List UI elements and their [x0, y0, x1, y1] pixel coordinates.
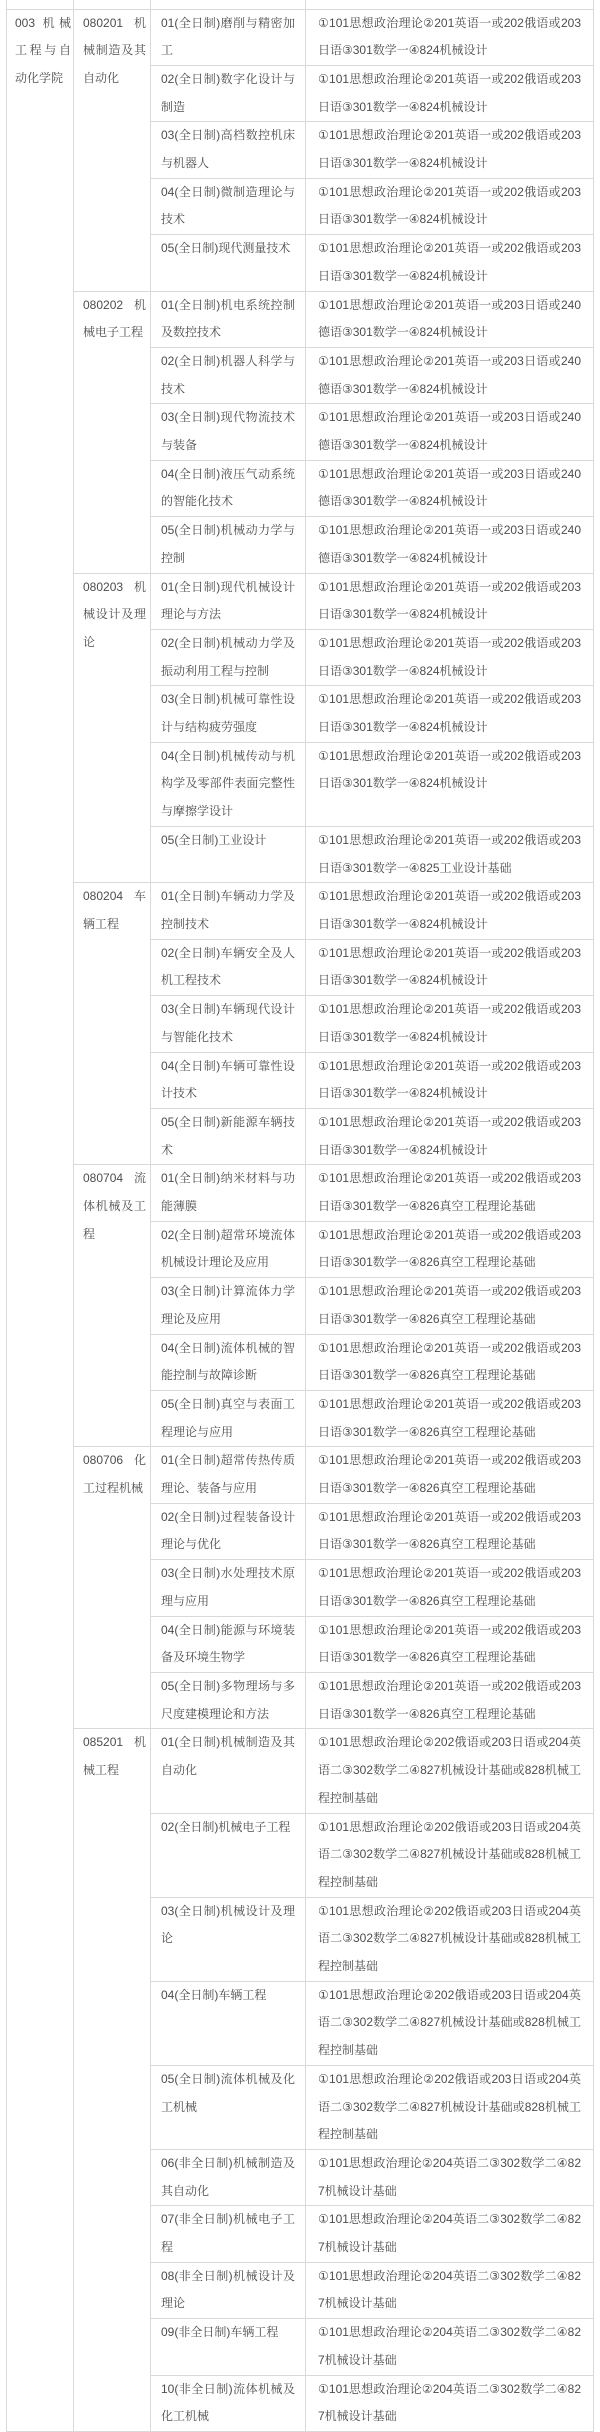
subjects-cell: ①101思想政治理论②201英语一或202俄语或203日语③301数学一④826…: [306, 1390, 594, 1446]
major-cell: 080204 车辆工程: [74, 883, 151, 1165]
subjects-cell: ①101思想政治理论②201英语一或202俄语或203日语③301数学一④826…: [306, 1278, 594, 1334]
table-row: 080706 化工过程机械01(全日制)超常传热传质理论、装备与应用①101思想…: [7, 1447, 594, 1503]
subjects-cell: ①101思想政治理论②201英语一或202俄语或203日语③301数学一④826…: [306, 1221, 594, 1277]
direction-cell: 02(全日制)车辆安全及人机工程技术: [151, 939, 306, 995]
subjects-cell: ①101思想政治理论②201英语一或203日语或240德语③301数学一④824…: [306, 347, 594, 403]
subjects-cell: ①101思想政治理论②201英语一或202俄语或203日语③301数学一④826…: [306, 1560, 594, 1616]
admissions-table-body: 003 机械工程与自动化学院080201 机械制造及其自动化01(全日制)磨削与…: [7, 0, 594, 2431]
subjects-cell: ①101思想政治理论②204英语二③302数学二④827机械设计基础: [306, 2149, 594, 2205]
subjects-cell: ①101思想政治理论②201英语一或202俄语或203日语③301数学一④826…: [306, 1165, 594, 1221]
direction-cell: 04(全日制)车辆可靠性设计技术: [151, 1052, 306, 1108]
subjects-cell: ①101思想政治理论②201英语一或202俄语或203日语③301数学一④824…: [306, 629, 594, 685]
direction-cell: 03(全日制)机械设计及理论: [151, 1897, 306, 1981]
direction-cell: 05(全日制)机械动力学与控制: [151, 517, 306, 573]
table-row: 085201 机械工程01(全日制)机械制造及其自动化①101思想政治理论②20…: [7, 1729, 594, 1813]
major-cell: 080704 流体机械及工程: [74, 1165, 151, 1447]
direction-cell: 01(全日制)现代机械设计理论与方法: [151, 573, 306, 629]
direction-cell: 02(全日制)过程装备设计理论与优化: [151, 1503, 306, 1559]
table-row: 080204 车辆工程01(全日制)车辆动力学及控制技术①101思想政治理论②2…: [7, 883, 594, 939]
major-cell: 080706 化工过程机械: [74, 1447, 151, 1729]
admissions-table: 003 机械工程与自动化学院080201 机械制造及其自动化01(全日制)磨削与…: [6, 0, 594, 2432]
subjects-cell: ①101思想政治理论②201英语一或202俄语或203日语③301数学一④826…: [306, 1672, 594, 1728]
subjects-cell: ①101思想政治理论②201英语一或202俄语或203日语③301数学一④824…: [306, 996, 594, 1052]
subjects-cell: ①101思想政治理论②201英语一或202俄语或203日语③301数学一④824…: [306, 65, 594, 121]
subjects-cell: ①101思想政治理论②201英语一或202俄语或203日语③301数学一④826…: [306, 1447, 594, 1503]
direction-cell: 01(全日制)车辆动力学及控制技术: [151, 883, 306, 939]
direction-cell: 04(全日制)微制造理论与技术: [151, 178, 306, 234]
direction-cell: 09(非全日制)车辆工程: [151, 2319, 306, 2375]
direction-cell: 05(全日制)现代测量技术: [151, 235, 306, 291]
subjects-cell: ①101思想政治理论②202俄语或203日语或204英语二③302数学二④827…: [306, 1897, 594, 1981]
direction-cell: 04(全日制)液压气动系统的智能化技术: [151, 460, 306, 516]
direction-cell: 03(全日制)计算流体力学理论及应用: [151, 1278, 306, 1334]
major-cell: 085201 机械工程: [74, 1729, 151, 2432]
direction-cell: 05(全日制)多物理场与多尺度建模理论和方法: [151, 1672, 306, 1728]
table-row: 003 机械工程与自动化学院080201 机械制造及其自动化01(全日制)磨削与…: [7, 9, 594, 65]
subjects-cell: ①101思想政治理论②201英语一或202俄语或203日语③301数学一④824…: [306, 573, 594, 629]
subjects-cell: ①101思想政治理论②201英语一或203日语或240德语③301数学一④824…: [306, 404, 594, 460]
clipped-direction-cell: [151, 0, 306, 9]
subjects-cell: ①101思想政治理论②201英语一或202俄语或203日语③301数学一④826…: [306, 1616, 594, 1672]
subjects-cell: ①101思想政治理论②202俄语或203日语或204英语二③302数学二④827…: [306, 2065, 594, 2149]
direction-cell: 04(全日制)能源与环境装备及环境生物学: [151, 1616, 306, 1672]
subjects-cell: ①101思想政治理论②201英语一或203日语或240德语③301数学一④824…: [306, 460, 594, 516]
subjects-cell: ①101思想政治理论②201英语一或202俄语或203日语③301数学一④824…: [306, 1052, 594, 1108]
direction-cell: 01(全日制)机电系统控制及数控技术: [151, 291, 306, 347]
subjects-cell: ①101思想政治理论②201英语一或202俄语或203日语③301数学一④824…: [306, 1108, 594, 1164]
subjects-cell: ①101思想政治理论②201英语一或202俄语或203日语③301数学一④824…: [306, 178, 594, 234]
subjects-cell: ①101思想政治理论②202俄语或203日语或204英语二③302数学二④827…: [306, 1729, 594, 1813]
college-cell: 003 机械工程与自动化学院: [7, 9, 74, 2431]
direction-cell: 03(全日制)机械可靠性设计与结构疲劳强度: [151, 686, 306, 742]
subjects-cell: ①101思想政治理论②204英语二③302数学二④827机械设计基础: [306, 2262, 594, 2318]
direction-cell: 01(全日制)磨削与精密加工: [151, 9, 306, 65]
subjects-cell: ①101思想政治理论②201英语一或202俄语或203日语③301数学一④825…: [306, 826, 594, 882]
subjects-cell: ①101思想政治理论②201英语一或202俄语或203日语③301数学一④824…: [306, 742, 594, 826]
subjects-cell: ①101思想政治理论②201英语一或202俄语或203日语③301数学一④824…: [306, 235, 594, 291]
subjects-cell: ①101思想政治理论②204英语二③302数学二④827机械设计基础: [306, 2206, 594, 2262]
subjects-cell: ①101思想政治理论②201英语一或202俄语或203日语③301数学一④824…: [306, 883, 594, 939]
direction-cell: 02(全日制)机器人科学与技术: [151, 347, 306, 403]
direction-cell: 05(全日制)工业设计: [151, 826, 306, 882]
clipped-subjects-cell: [306, 0, 594, 9]
major-cell: 080203 机械设计及理论: [74, 573, 151, 883]
subjects-cell: ①101思想政治理论②201英语一或202俄语或203日语③301数学一④824…: [306, 686, 594, 742]
direction-cell: 05(全日制)新能源车辆技术: [151, 1108, 306, 1164]
subjects-cell: ①101思想政治理论②204英语二③302数学二④827机械设计基础: [306, 2319, 594, 2375]
direction-cell: 07(非全日制)机械电子工程: [151, 2206, 306, 2262]
table-row: 080202 机械电子工程01(全日制)机电系统控制及数控技术①101思想政治理…: [7, 291, 594, 347]
subjects-cell: ①101思想政治理论②201英语一或203日语或240德语③301数学一④824…: [306, 517, 594, 573]
direction-cell: 03(全日制)高档数控机床与机器人: [151, 122, 306, 178]
direction-cell: 02(全日制)机械电子工程: [151, 1813, 306, 1897]
clipped-row-top: [7, 0, 594, 9]
direction-cell: 04(全日制)流体机械的智能控制与故障诊断: [151, 1334, 306, 1390]
subjects-cell: ①101思想政治理论②201英语一或203日语或240德语③301数学一④824…: [306, 291, 594, 347]
direction-cell: 01(全日制)超常传热传质理论、装备与应用: [151, 1447, 306, 1503]
major-cell: 080202 机械电子工程: [74, 291, 151, 573]
direction-cell: 03(全日制)车辆现代设计与智能化技术: [151, 996, 306, 1052]
direction-cell: 04(全日制)机械传动与机构学及零部件表面完整性与摩擦学设计: [151, 742, 306, 826]
direction-cell: 06(非全日制)机械制造及其自动化: [151, 2149, 306, 2205]
subjects-cell: ①101思想政治理论②201英语一或202俄语或203日语③301数学一④824…: [306, 9, 594, 65]
subjects-cell: ①101思想政治理论②201英语一或202俄语或203日语③301数学一④824…: [306, 939, 594, 995]
direction-cell: 02(全日制)超常环境流体机械设计理论及应用: [151, 1221, 306, 1277]
direction-cell: 04(全日制)车辆工程: [151, 1981, 306, 2065]
direction-cell: 02(全日制)机械动力学及振动利用工程与控制: [151, 629, 306, 685]
direction-cell: 05(全日制)流体机械及化工机械: [151, 2065, 306, 2149]
direction-cell: 05(全日制)真空与表面工程理论与应用: [151, 1390, 306, 1446]
clipped-college-cell: [7, 0, 74, 9]
subjects-cell: ①101思想政治理论②204英语二③302数学二④827机械设计基础: [306, 2375, 594, 2431]
direction-cell: 08(非全日制)机械设计及理论: [151, 2262, 306, 2318]
direction-cell: 03(全日制)水处理技术原理与应用: [151, 1560, 306, 1616]
direction-cell: 01(全日制)纳米材料与功能薄膜: [151, 1165, 306, 1221]
admissions-catalog-page: 003 机械工程与自动化学院080201 机械制造及其自动化01(全日制)磨削与…: [0, 0, 600, 2432]
table-row: 080704 流体机械及工程01(全日制)纳米材料与功能薄膜①101思想政治理论…: [7, 1165, 594, 1221]
major-cell: 080201 机械制造及其自动化: [74, 9, 151, 291]
subjects-cell: ①101思想政治理论②202俄语或203日语或204英语二③302数学二④827…: [306, 1981, 594, 2065]
direction-cell: 01(全日制)机械制造及其自动化: [151, 1729, 306, 1813]
subjects-cell: ①101思想政治理论②201英语一或202俄语或203日语③301数学一④824…: [306, 122, 594, 178]
direction-cell: 03(全日制)现代物流技术与装备: [151, 404, 306, 460]
direction-cell: 02(全日制)数字化设计与制造: [151, 65, 306, 121]
clipped-major-cell: [74, 0, 151, 9]
subjects-cell: ①101思想政治理论②201英语一或202俄语或203日语③301数学一④826…: [306, 1503, 594, 1559]
subjects-cell: ①101思想政治理论②201英语一或202俄语或203日语③301数学一④826…: [306, 1334, 594, 1390]
table-row: 080203 机械设计及理论01(全日制)现代机械设计理论与方法①101思想政治…: [7, 573, 594, 629]
direction-cell: 10(非全日制)流体机械及化工机械: [151, 2375, 306, 2431]
subjects-cell: ①101思想政治理论②202俄语或203日语或204英语二③302数学二④827…: [306, 1813, 594, 1897]
